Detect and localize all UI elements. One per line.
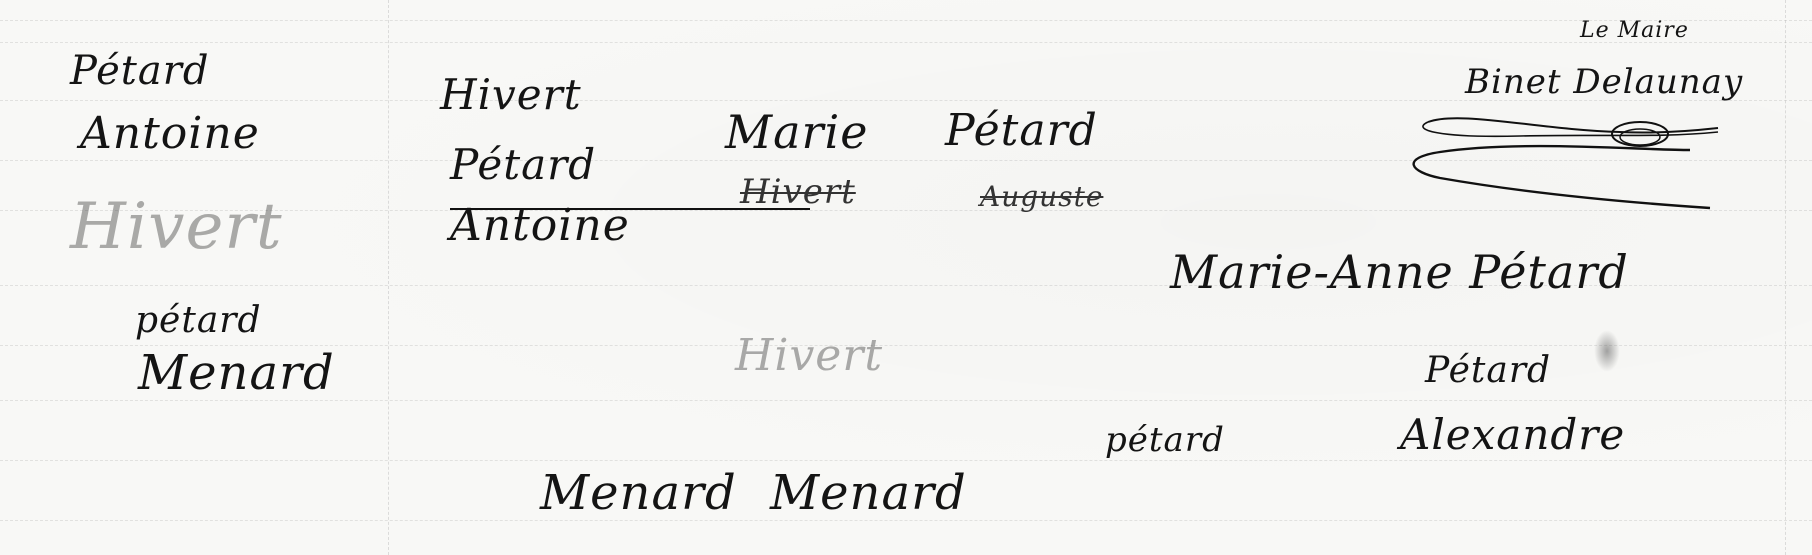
- margin-line: [1785, 0, 1786, 555]
- signature-petard-lower-left: pétard: [135, 300, 262, 341]
- signature-marie-center: Marie: [725, 105, 868, 159]
- signature-petard-right: Pétard: [1425, 350, 1551, 391]
- signature-hivert-center: Hivert: [440, 70, 582, 119]
- signature-petard-bottom: pétard: [1105, 420, 1225, 460]
- mayor-signature: Binet Delaunay: [1465, 62, 1743, 102]
- ruled-line: [0, 42, 1812, 43]
- ink-smudge: [1594, 330, 1620, 372]
- signature-petard-center: Pétard: [450, 140, 596, 189]
- signature-alexandre: Alexandre: [1400, 410, 1625, 459]
- signature-auguste-struck: Auguste: [980, 180, 1103, 213]
- signature-petard-1: Pétard: [70, 48, 209, 94]
- signature-menard-bottom-2: Menard: [770, 465, 967, 521]
- signature-petard-pair: Pétard: [945, 105, 1098, 156]
- signature-menard-left: Menard: [138, 345, 335, 401]
- mayor-title: Le Maire: [1580, 18, 1689, 43]
- signature-antoine-1: Antoine: [80, 108, 260, 159]
- signature-hivert-struck: Hivert: [740, 172, 856, 212]
- signature-marie-anne-petard: Marie-Anne Pétard: [1170, 245, 1629, 299]
- mayor-paraph-flourish: [1400, 110, 1720, 220]
- signature-menard-bottom-1: Menard: [540, 465, 737, 521]
- signature-hivert-faint-bottom: Hivert: [735, 330, 883, 381]
- margin-line: [388, 0, 389, 555]
- register-page: Pétard Antoine Hivert pétard Menard Hive…: [0, 0, 1812, 555]
- signature-hivert-faint-left: Hivert: [70, 190, 283, 264]
- ruled-line: [0, 460, 1812, 461]
- ruled-line: [0, 20, 1812, 21]
